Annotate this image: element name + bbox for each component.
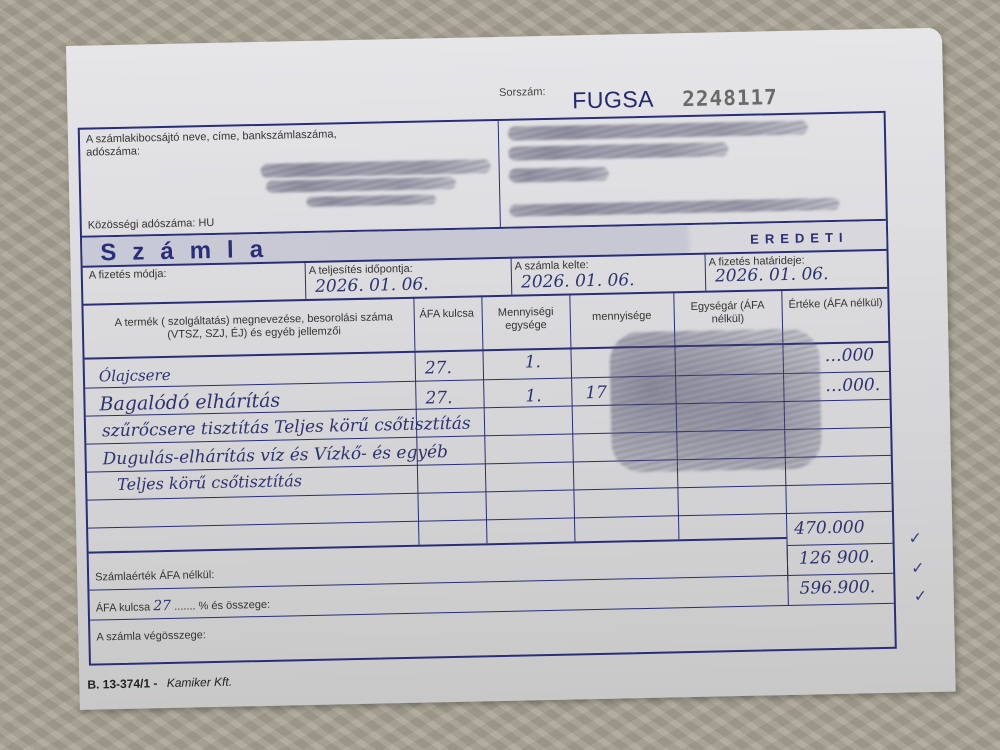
checkmark-1: ✓ xyxy=(908,528,922,547)
invoice-paper: Sorszám: FUGSA 2248117 A számlakibocsájt… xyxy=(66,28,956,710)
column-unit-header: Mennyiségi egysége xyxy=(484,306,569,334)
vat-label-prefix: ÁFA kulcsa xyxy=(96,601,151,614)
issue-date-value: 2026. 01. 06. xyxy=(521,270,635,292)
vat-label-suffix: % és összege: xyxy=(198,599,270,612)
row-description: Bagalódó elhárítás xyxy=(99,390,280,416)
redacted-buyer-name xyxy=(508,120,808,140)
column-value-header: Értéke (ÁFA nélkül) xyxy=(785,297,885,312)
serial-label: Sorszám: xyxy=(499,86,546,99)
serial-number: 2248117 xyxy=(682,85,778,111)
redacted-issuer-bank xyxy=(306,194,436,207)
grand-total-label: A számla végösszege: xyxy=(96,629,206,644)
column-description-header: A termék ( szolgáltatás) megnevezése, be… xyxy=(104,311,404,343)
issuer-label: A számlakibocsájtó neve, címe, bankszáml… xyxy=(86,128,337,159)
row-description: Teljes körű csőtisztítás xyxy=(117,471,302,494)
row-description: Ólajcsere xyxy=(99,366,171,385)
checkmark-3: ✓ xyxy=(914,586,928,605)
subtotal-value: 470.000 xyxy=(794,517,865,538)
copy-type: EREDETI xyxy=(750,230,849,247)
redacted-buyer-city xyxy=(509,167,609,183)
row-vat: 27. xyxy=(425,388,452,409)
payment-method-label: A fizetés módja: xyxy=(89,268,167,283)
redacted-issuer-address xyxy=(266,177,456,193)
redacted-buyer-tax xyxy=(509,198,839,217)
form-code: B. 13-374/1 - xyxy=(87,676,157,691)
due-date-value: 2026. 01. 06. xyxy=(715,264,829,286)
fulfillment-date-value: 2026. 01. 06. xyxy=(315,274,429,296)
invoice-form: A számlakibocsájtó neve, címe, bankszáml… xyxy=(78,111,897,666)
column-unit-price-header: Egységár (ÁFA nélkül) xyxy=(677,299,778,327)
serial-series: FUGSA xyxy=(572,86,654,115)
column-vat-header: ÁFA kulcsa xyxy=(416,307,478,321)
community-tax-label: Közösségi adószáma: HU xyxy=(88,217,215,233)
printer-name: Kamiker Kft. xyxy=(167,675,233,690)
column-quantity-header: mennyisége xyxy=(572,309,672,324)
net-total-value: 126 900. xyxy=(799,547,875,569)
checkmark-2: ✓ xyxy=(911,558,925,577)
row-vat: 27. xyxy=(425,358,452,379)
vat-rate-label: ÁFA kulcsa 27 ....... % és összege: xyxy=(96,598,271,616)
form-footer: B. 13-374/1 - Kamiker Kft. xyxy=(87,675,232,692)
redacted-issuer-name xyxy=(261,159,491,178)
vat-rate-value: 27 xyxy=(153,598,171,614)
vat-amount-value: 596.900. xyxy=(799,577,875,599)
net-total-label: Számlaérték ÁFA nélkül: xyxy=(95,569,214,584)
redacted-prices xyxy=(609,328,822,472)
redacted-buyer-address xyxy=(508,142,728,161)
row-value: …000 xyxy=(824,345,874,366)
row-value: …000. xyxy=(825,375,880,396)
row-unit: 1. xyxy=(525,352,542,372)
row-quantity: 17 xyxy=(585,383,607,403)
row-unit: 1. xyxy=(525,386,542,406)
